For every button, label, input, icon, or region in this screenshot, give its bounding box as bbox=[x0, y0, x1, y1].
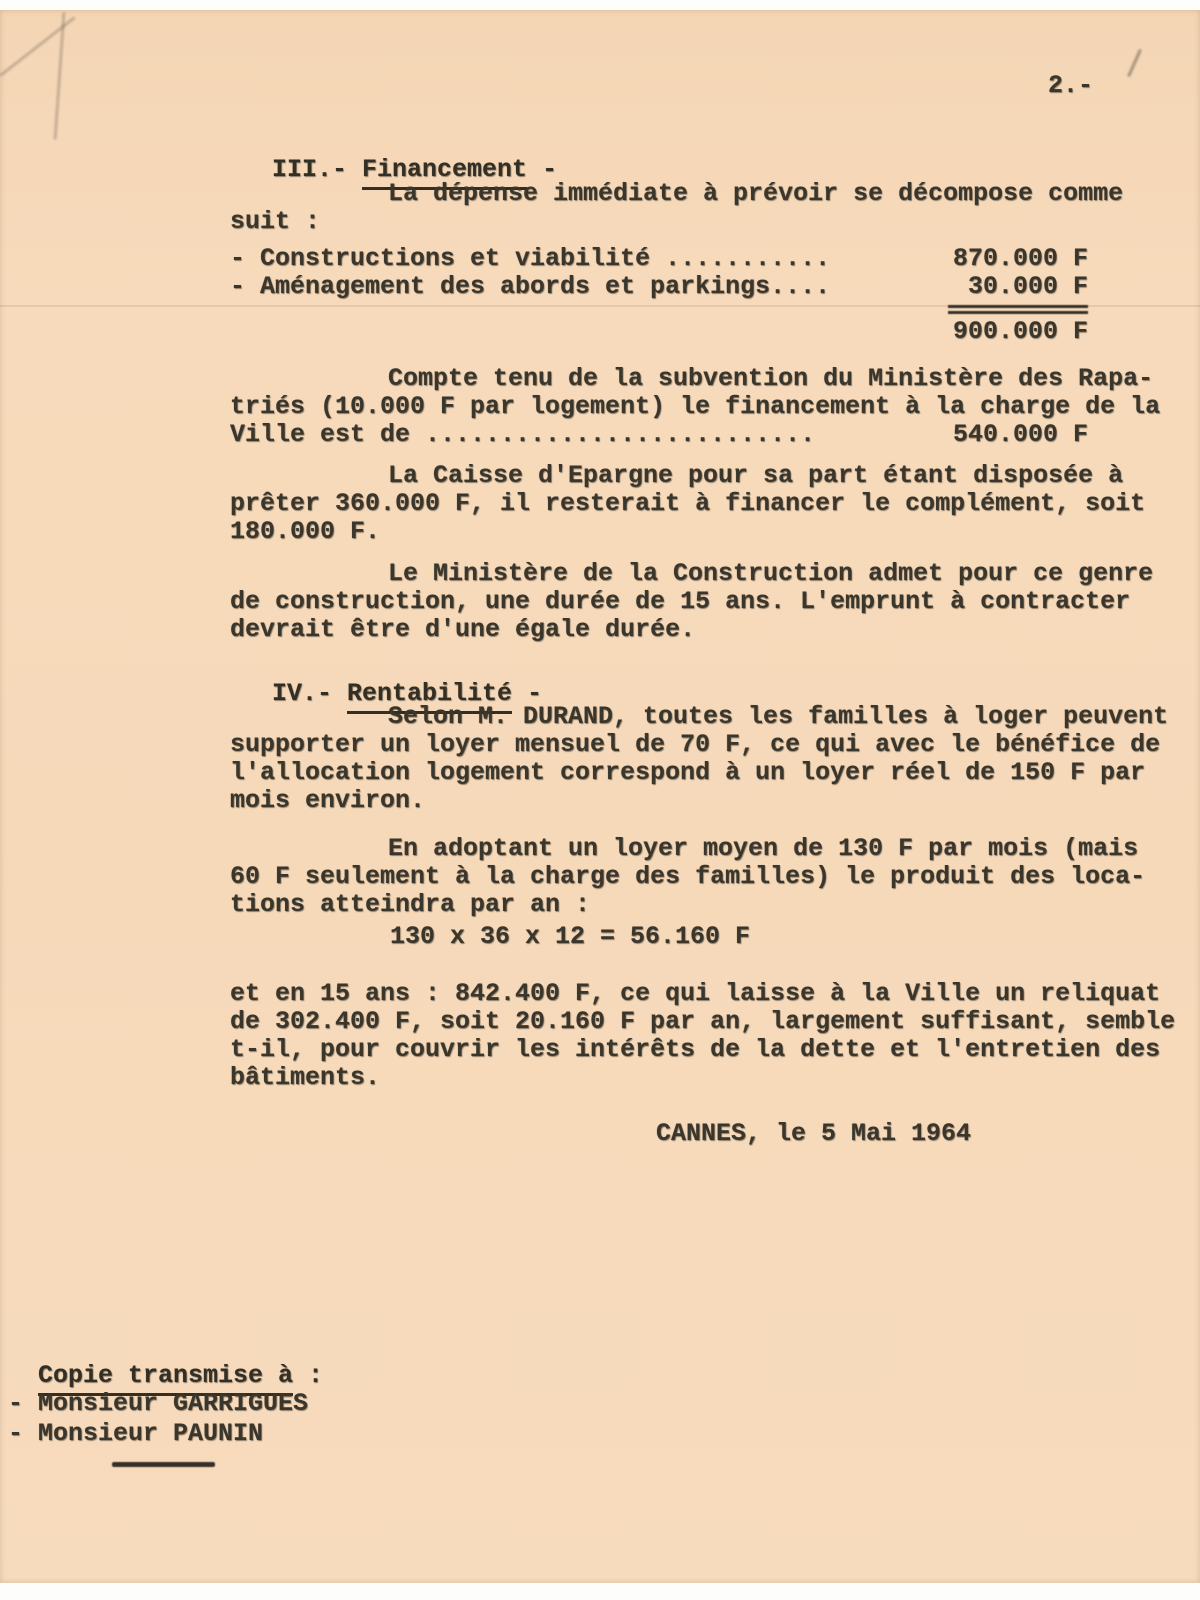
end-rule bbox=[112, 1462, 215, 1467]
paragraph-line: 180.000 F. bbox=[230, 518, 380, 546]
page-number: 2.- bbox=[1048, 72, 1093, 100]
paragraph-line: La dépense immédiate à prévoir se décomp… bbox=[388, 180, 1123, 208]
copy-heading-colon: : bbox=[293, 1361, 323, 1390]
paragraph-line: supporter un loyer mensuel de 70 F, ce q… bbox=[230, 731, 1160, 759]
paragraph-line: devrait être d'une égale durée. bbox=[230, 616, 695, 644]
paragraph-line: t-il, pour couvrir les intérêts de la de… bbox=[230, 1036, 1160, 1064]
paragraph-line: La Caisse d'Epargne pour sa part étant d… bbox=[388, 462, 1123, 490]
section-number: III.- bbox=[272, 155, 362, 184]
paragraph-line: Selon M. DURAND, toutes les familles à l… bbox=[388, 703, 1168, 731]
cost-item-label: - Constructions et viabilité ........... bbox=[230, 245, 830, 273]
total-amount: 900.000 F bbox=[940, 318, 1088, 346]
paragraph-line: bâtiments. bbox=[230, 1064, 380, 1092]
dateline: CANNES, le 5 Mai 1964 bbox=[656, 1120, 971, 1148]
section-number: IV.- bbox=[272, 679, 347, 708]
paragraph-line: Ville est de .......................... bbox=[230, 421, 815, 449]
paragraph-line: suit : bbox=[230, 208, 320, 236]
paragraph-line: de construction, une durée de 15 ans. L'… bbox=[230, 588, 1130, 616]
totals-double-rule bbox=[948, 305, 1088, 314]
paragraph-line: 60 F seulement à la charge des familles)… bbox=[230, 863, 1145, 891]
subvention-amount: 540.000 F bbox=[940, 421, 1088, 449]
section-heading-financement: III.- Financement - bbox=[242, 128, 557, 184]
paragraph-line: l'allocation logement correspond à un lo… bbox=[230, 759, 1145, 787]
paragraph-line: de 302.400 F, soit 20.160 F par an, larg… bbox=[230, 1008, 1175, 1036]
recipient-line: - Monsieur PAUNIN bbox=[8, 1420, 263, 1448]
paragraph-line: En adoptant un loyer moyen de 130 F par … bbox=[388, 835, 1138, 863]
pencil-mark-top-right bbox=[1127, 49, 1142, 78]
paragraph-line: tions atteindra par an : bbox=[230, 891, 590, 919]
recipient-line: - Monsieur GARRIGUES bbox=[8, 1390, 308, 1418]
paragraph-line: Compte tenu de la subvention du Ministèr… bbox=[388, 365, 1153, 393]
scanned-typewritten-letter-page: { "doc": { "page_number": "2.-", "financ… bbox=[0, 0, 1200, 1600]
paragraph-line: mois environ. bbox=[230, 787, 425, 815]
cost-item-amount: 30.000 F bbox=[940, 273, 1088, 301]
cost-item-label: - Aménagement des abords et parkings.... bbox=[230, 273, 830, 301]
paragraph-line: triés (10.000 F par logement) le finance… bbox=[230, 393, 1160, 421]
fold-crease-diagonal bbox=[0, 16, 76, 77]
paragraph-line: prêter 360.000 F, il resterait à finance… bbox=[230, 490, 1145, 518]
paragraph-line: et en 15 ans : 842.400 F, ce qui laisse … bbox=[230, 980, 1160, 1008]
cost-item-amount: 870.000 F bbox=[940, 245, 1088, 273]
copy-list-heading: Copie transmise à : bbox=[8, 1334, 323, 1390]
rent-formula: 130 x 36 x 12 = 56.160 F bbox=[390, 923, 750, 951]
paragraph-line: Le Ministère de la Construction admet po… bbox=[388, 560, 1153, 588]
section-heading-rentabilite: IV.- Rentabilité - bbox=[242, 652, 542, 708]
